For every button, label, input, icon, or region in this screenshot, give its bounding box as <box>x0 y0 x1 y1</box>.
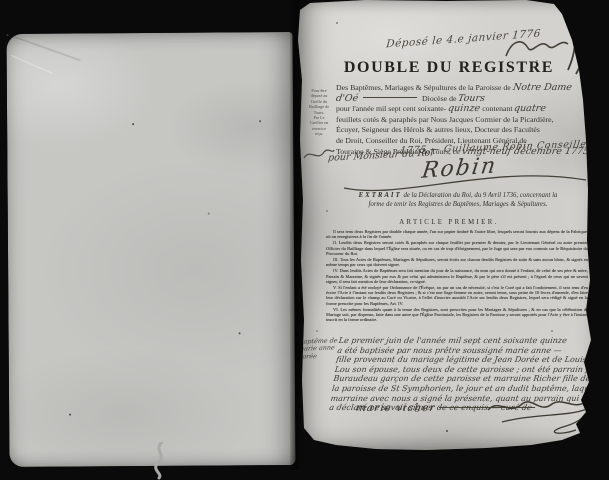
article-6: VI. Les mêmes formalités quant à la tenu… <box>326 307 588 323</box>
preamble-line: feuillets cotés & paraphés par Nous Jacq… <box>336 115 590 126</box>
extrait-declaration: EXTRAIT de la Déclaration du Roi, du 9 A… <box>352 192 564 209</box>
article-5: V. Si l'enfant a été ondoyé par Ordonnan… <box>326 285 588 306</box>
act-line: fille provenant du mariage légitime de J… <box>335 355 594 365</box>
binding-gutter <box>290 0 300 470</box>
article-1: Il sera tenu deux Registres par double c… <box>326 229 588 239</box>
preamble-line: pour l'année mil sept cent soixante- qui… <box>336 104 590 115</box>
article-3: III. Tous les Actes de Baptêmes, Mariage… <box>326 257 588 267</box>
act-line: Lou son épouse, tous deux de cette paroi… <box>334 365 593 375</box>
paper-crease <box>10 55 53 74</box>
fill-in-rule <box>363 97 417 98</box>
article-heading: ARTICLE PREMIER. <box>296 219 602 226</box>
act-margin-note: Baptême de marie anne Dorée <box>297 337 341 361</box>
binding-thread-icon <box>146 442 176 480</box>
scanned-register-spread: Déposé le 4.e janvier 1776 DOUBLE DU REG… <box>0 0 609 480</box>
priest-signature-flourish-icon <box>482 392 592 445</box>
paper-specks <box>6 34 8 36</box>
margin-note: Pour être déposé au Greffe du Bailliage … <box>303 88 335 137</box>
act-line: Le premier juin de l'année mil sept cent… <box>338 336 597 346</box>
preamble-line: Des Baptêmes, Mariages & Sépultures de l… <box>336 83 590 94</box>
article-4: IV. Dans lesdits Actes de Baptêmes sera … <box>326 268 588 284</box>
articles-text: Il sera tenu deux Registres par double c… <box>326 229 588 323</box>
paper-crease <box>14 36 80 61</box>
register-page: Déposé le 4.e janvier 1776 DOUBLE DU REG… <box>296 0 602 452</box>
article-2: II. Lesdits deux Registres seront cotés … <box>326 240 588 256</box>
extrait-word: EXTRAIT <box>359 192 402 199</box>
preamble-line: Écuyer, Seigneur des Hérols & autres lie… <box>336 125 590 136</box>
act-line: Buraudeau garçon de cette paroisse et ma… <box>333 374 592 384</box>
left-blank-page <box>6 32 295 467</box>
page-title: DOUBLE DU REGISTRE <box>296 59 602 77</box>
act-line: a été baptisée par nous prêtre soussigné… <box>337 346 596 356</box>
